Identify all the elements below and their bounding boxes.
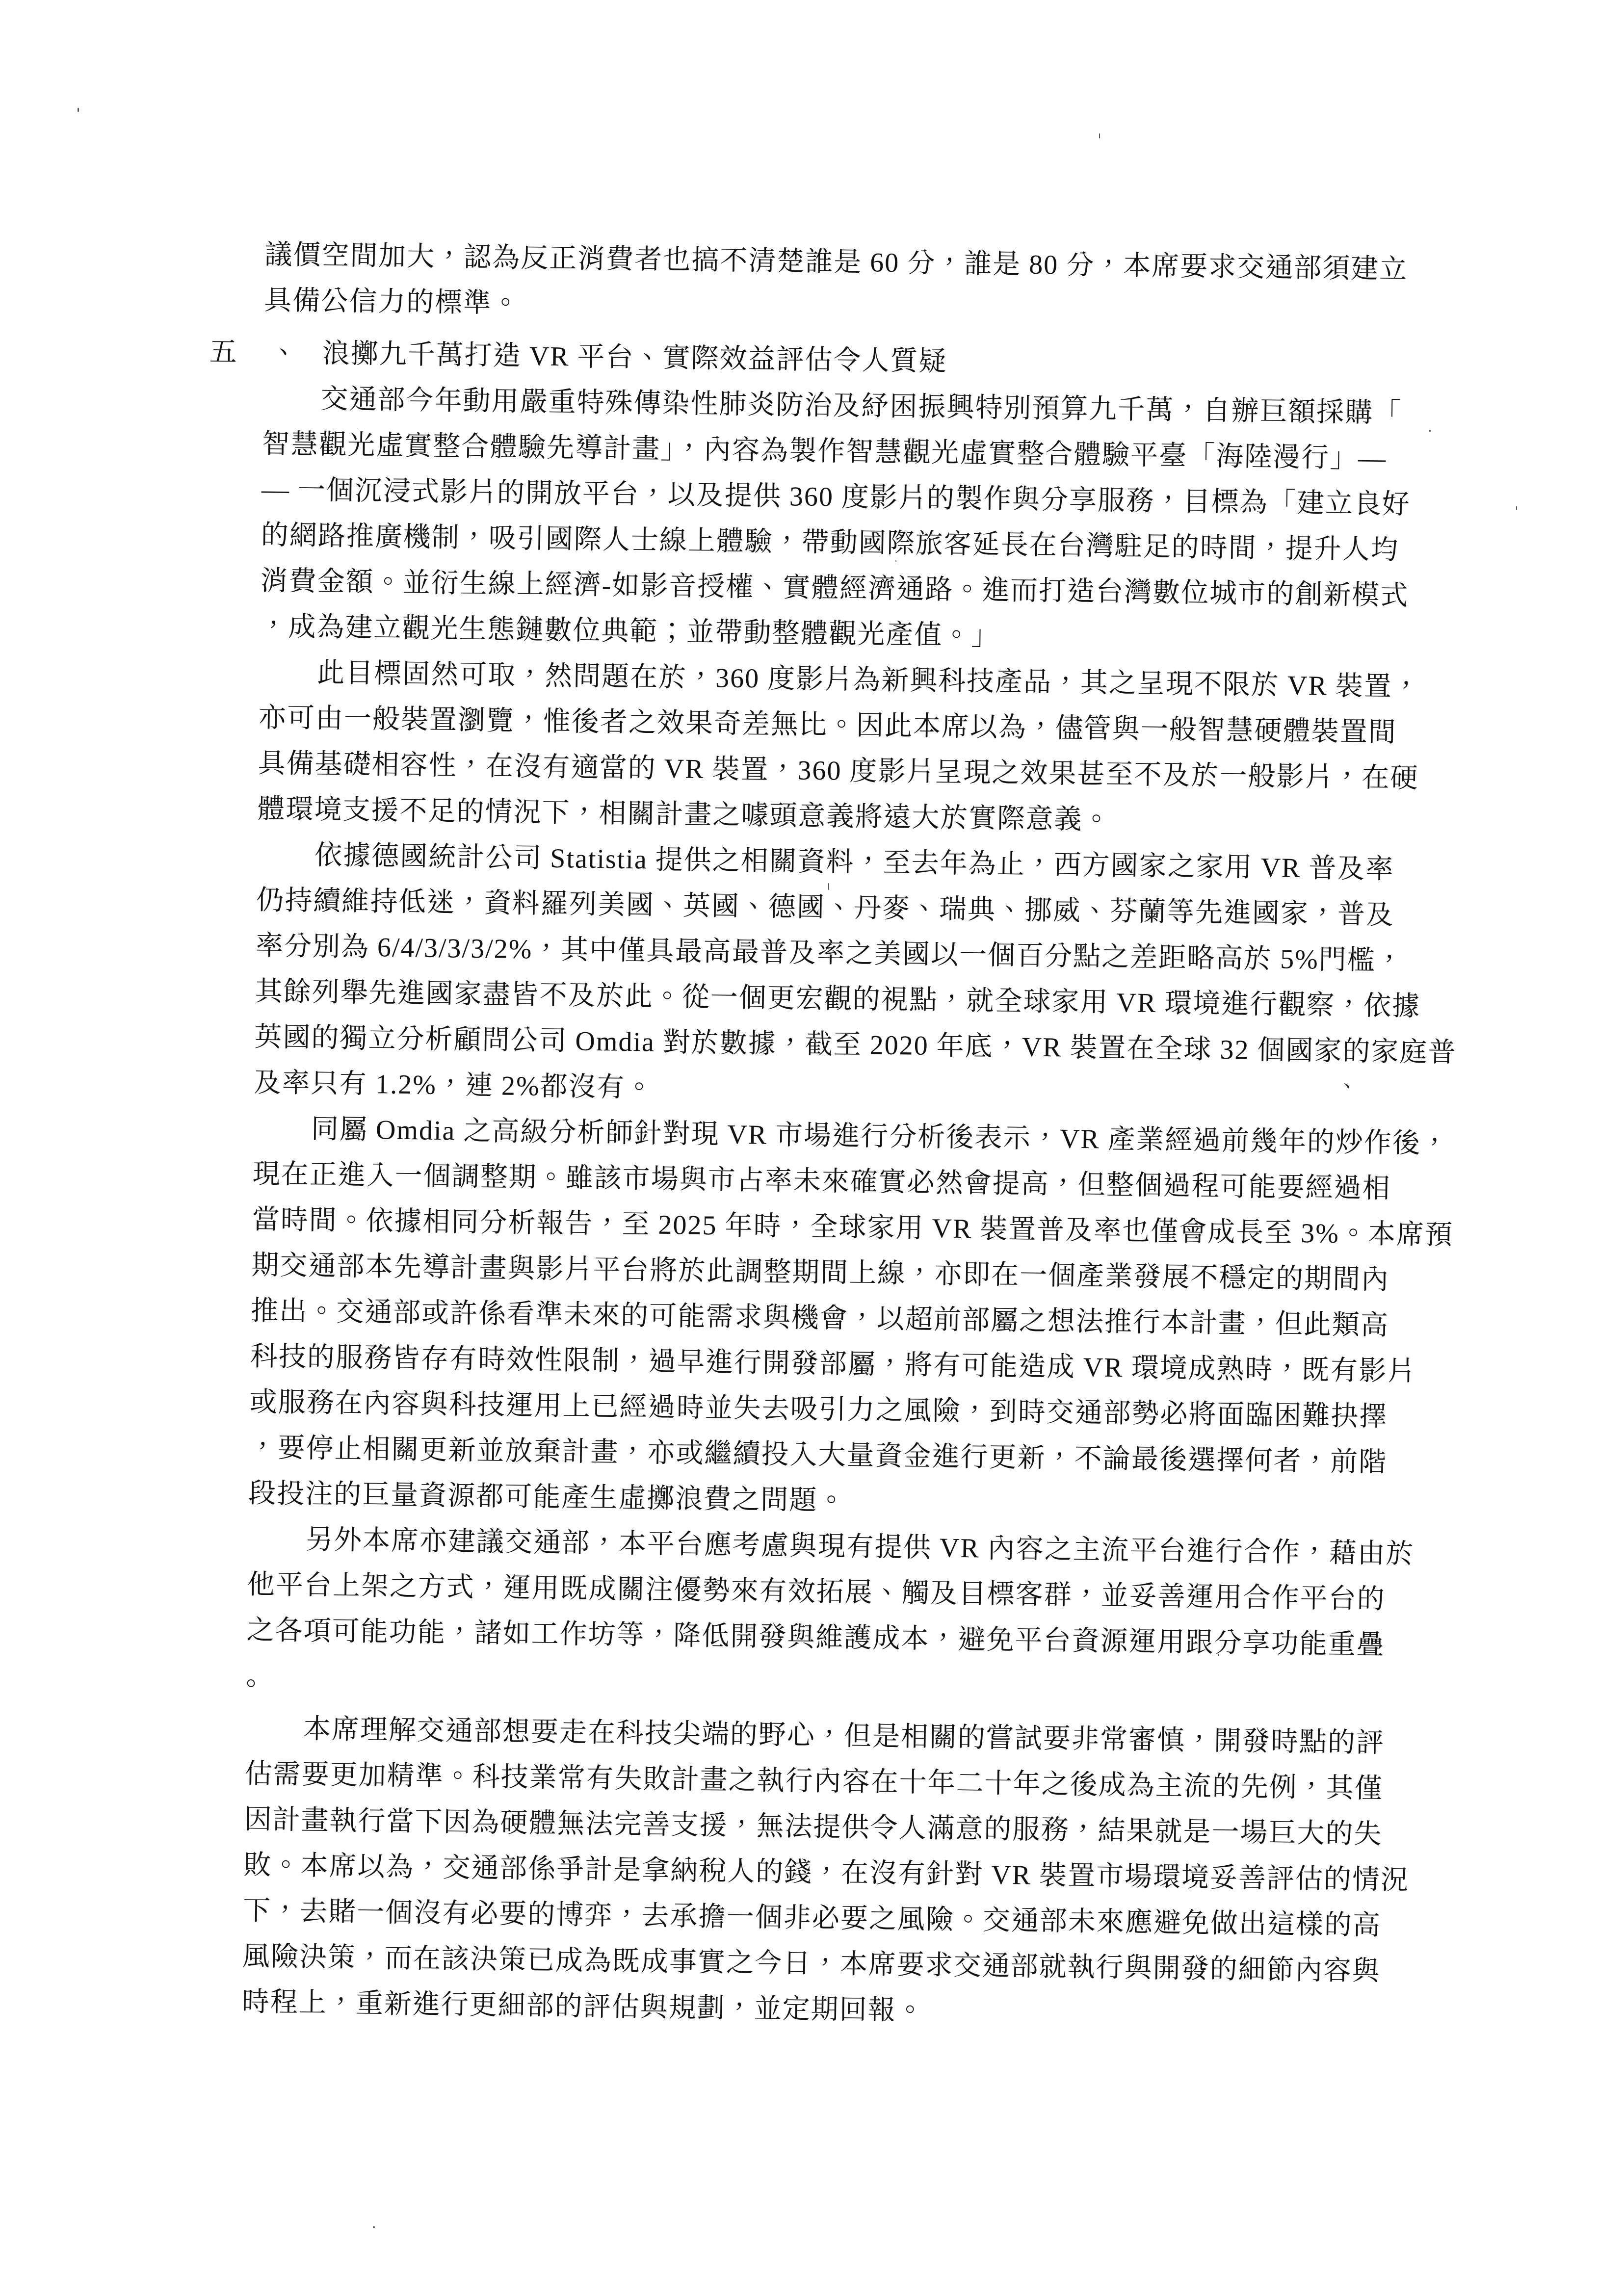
scan-speck: [78, 108, 79, 112]
scan-speck: [1429, 430, 1431, 432]
section-title: 浪擲九千萬打造 VR 平台、實際效益評估令人質疑: [322, 339, 947, 377]
section-separator: 、: [270, 338, 299, 368]
scan-speck: [373, 2226, 375, 2228]
scan-stray-mark: 、: [1343, 1064, 1364, 1093]
scan-speck: [604, 1180, 606, 1182]
scanned-document-page: 議價空間加大，認為反正消費者也搞不清楚誰是 60 分，誰是 80 分，本席要求交…: [0, 0, 1624, 2296]
scan-speck: [1516, 506, 1517, 510]
scan-speck: [1099, 133, 1100, 138]
scan-speck: [895, 560, 896, 562]
section-number: 五: [209, 337, 238, 368]
scan-speck: [1218, 1654, 1219, 1656]
scan-speck: [828, 883, 829, 890]
document-text-block: 議價空間加大，認為反正消費者也搞不清楚誰是 60 分，誰是 80 分，本席要求交…: [0, 229, 1624, 2043]
scan-speck: [540, 1504, 541, 1506]
